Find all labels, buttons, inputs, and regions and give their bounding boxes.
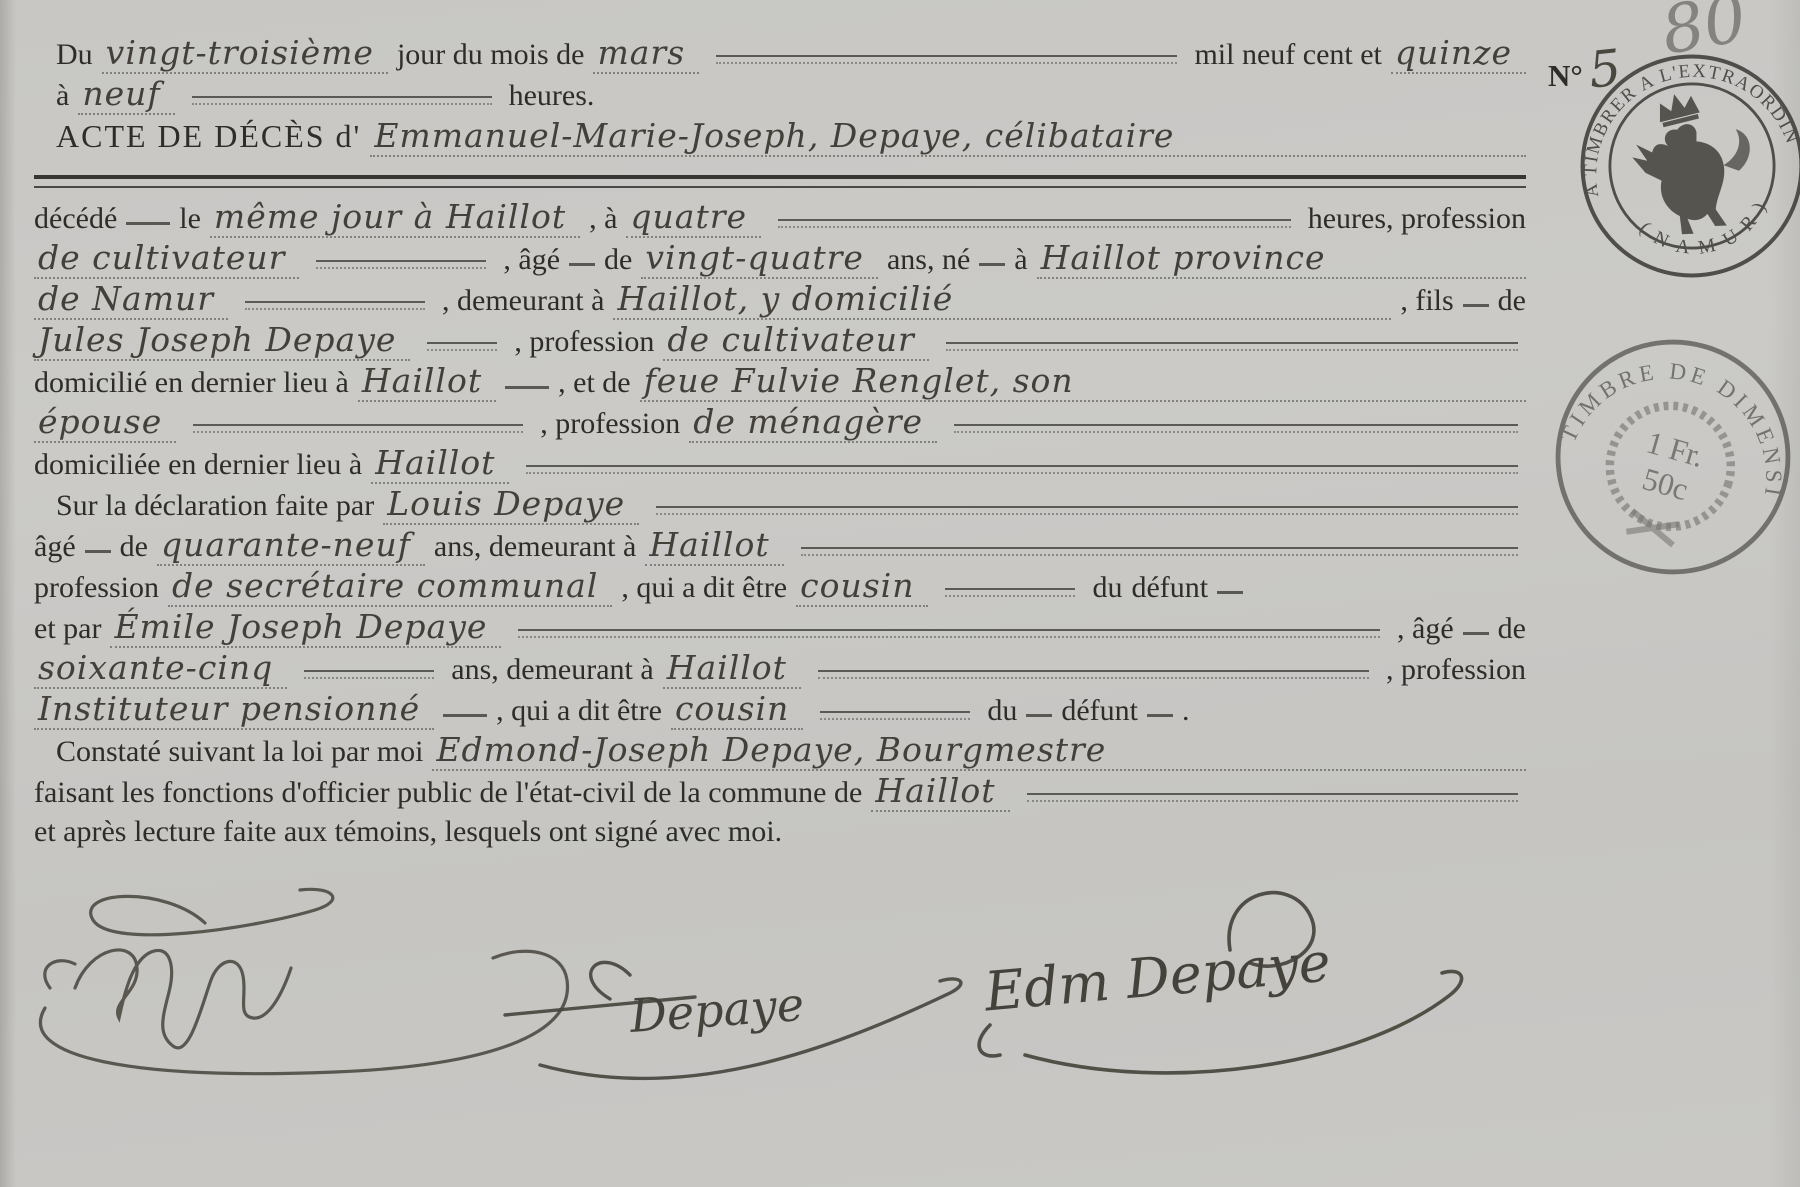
printed-text: à [1014, 243, 1027, 277]
form-line-declarant2: et par Émile Joseph Depaye , âgé de [34, 610, 1526, 651]
printed-text: , fils [1400, 284, 1453, 318]
handwritten-age: vingt-quatre [641, 241, 878, 279]
stamp-dimension-svg: TIMBRE DE DIMENSION 1 Fr. 50c [1523, 307, 1800, 606]
blank-rule [954, 424, 1518, 433]
form-line-mother-residence: domiciliée en dernier lieu à Haillot [34, 446, 1526, 487]
blank-rule [304, 670, 434, 679]
blank-rule [801, 547, 1518, 556]
form-line-profession-age: de cultivateur , âgé de vingt-quatre ans… [34, 241, 1526, 282]
printed-text: décédé [34, 202, 117, 236]
blank-rule [820, 711, 970, 720]
signature-officer: Edm Depaye [930, 855, 1510, 1095]
printed-text: défunt [1131, 571, 1208, 605]
form-line-date: Du vingt-troisième jour du mois de mars … [34, 36, 1526, 77]
handwritten-mother-name: feue Fulvie Renglet, son [640, 364, 1526, 402]
crown-icon [1654, 89, 1701, 128]
printed-text: , âgé [1397, 612, 1454, 646]
printed-text: heures, profession [1308, 202, 1526, 236]
form-body: Du vingt-troisième jour du mois de mars … [34, 36, 1526, 856]
printed-text: , demeurant à [442, 284, 604, 318]
form-line-act-title: ACTE DE DÉCÈS d' Emmanuel-Marie-Joseph, … [34, 118, 1526, 159]
form-line-declarant1: Sur la déclaration faite par Louis Depay… [34, 487, 1526, 528]
printed-text: du [987, 694, 1017, 728]
printed-text: Constaté suivant la loi par moi [56, 735, 423, 769]
printed-text: de [1498, 284, 1526, 318]
printed-text: le [179, 202, 201, 236]
blank-rule [518, 629, 1380, 638]
blank-dash [1026, 714, 1052, 717]
handwritten-mother-profession: de ménagère [689, 405, 937, 443]
form-line-residence: de Namur , demeurant à Haillot, y domici… [34, 282, 1526, 323]
printed-text: domiciliée en dernier lieu à [34, 448, 362, 482]
printed-text: , à [589, 202, 617, 236]
blank-dash [979, 263, 1005, 266]
form-line-death-place: décédé le même jour à Haillot , à quatre… [34, 200, 1526, 241]
printed-text: , profession [540, 407, 680, 441]
printed-text: Sur la déclaration faite par [56, 489, 374, 523]
handwritten-father-profession: de cultivateur [663, 323, 928, 361]
handwritten-father-name: Jules Joseph Depaye [34, 323, 410, 361]
printed-text: Du [56, 38, 93, 72]
printed-text: , qui a dit être [621, 571, 787, 605]
printed-text: mil neuf cent et [1194, 38, 1381, 72]
printed-text: et par [34, 612, 101, 646]
printed-text: et après lecture faite aux témoins, lesq… [34, 815, 782, 849]
blank-rule [945, 588, 1075, 597]
blank-rule [316, 260, 486, 269]
printed-text: de [1498, 612, 1526, 646]
printed-text: , profession [1386, 653, 1526, 687]
blank-rule [245, 301, 425, 310]
handwritten-profession: de cultivateur [34, 241, 299, 279]
form-line-declarant2-relation: Instituteur pensionné , qui a dit être c… [34, 692, 1526, 733]
printed-text: âgé [34, 530, 76, 564]
printed-text: heures. [509, 79, 595, 113]
handwritten-declarant1-profession: de secrétaire communal [168, 569, 612, 607]
blank-rule [1027, 793, 1518, 802]
handwritten-death-hour: quatre [626, 200, 761, 238]
form-line-officer: Constaté suivant la loi par moi Edmond-J… [34, 733, 1526, 774]
blank-dash [85, 550, 111, 553]
handwritten-province: de Namur [34, 282, 228, 320]
printed-text: domicilié en dernier lieu à [34, 366, 349, 400]
handwritten-death-place: même jour à Haillot [210, 200, 580, 238]
handwritten-deceased-name: Emmanuel-Marie-Joseph, Depaye, célibatai… [370, 119, 1526, 157]
blank-dash [443, 714, 487, 717]
handwritten-month: mars [593, 36, 699, 74]
handwritten-commune: Haillot [871, 774, 1009, 812]
printed-text: , âgé [503, 243, 560, 277]
handwritten-year: quinze [1391, 36, 1526, 74]
printed-text: faisant les fonctions d'officier public … [34, 776, 862, 810]
printed-text: ans, né [887, 243, 970, 277]
handwritten-declarant1-relation: cousin [796, 569, 928, 607]
printed-text: à [56, 79, 69, 113]
blank-rule [818, 670, 1369, 679]
handwritten-declarant2-age: soixante-cinq [34, 651, 287, 689]
blank-dash [505, 386, 549, 389]
printed-text: jour du mois de [397, 38, 585, 72]
signature-name-text: Edm Depaye [981, 930, 1333, 1023]
handwritten-declarant2-profession: Instituteur pensionné [34, 692, 434, 730]
blank-rule [716, 55, 1177, 64]
form-line-father: Jules Joseph Depaye , profession de cult… [34, 323, 1526, 364]
act-title-label: ACTE DE DÉCÈS d' [56, 118, 361, 155]
blank-rule [946, 342, 1518, 351]
form-line-hour: à neuf heures. [34, 77, 1526, 118]
printed-text: profession [34, 571, 159, 605]
handwritten-declarant1-residence: Haillot [645, 528, 783, 566]
printed-text: de [604, 243, 632, 277]
blank-rule [526, 465, 1518, 474]
blank-rule [778, 219, 1291, 228]
form-line-declarant1-relation: profession de secrétaire communal , qui … [34, 569, 1526, 610]
blank-dash [1463, 304, 1489, 307]
form-line-declarant2-age: soixante-cinq ans, demeurant à Haillot ,… [34, 651, 1526, 692]
signature-leadin [979, 1025, 1000, 1056]
handwritten-mother-residence: Haillot [371, 446, 509, 484]
form-line-closing: et après lecture faite aux témoins, lesq… [34, 815, 1526, 856]
handwritten-residence: Haillot, y domicilié [613, 282, 1391, 320]
handwritten-declarant2-name: Émile Joseph Depaye [110, 610, 501, 648]
blank-rule [656, 506, 1518, 515]
handwritten-father-residence: Haillot [358, 364, 496, 402]
printed-text: . [1182, 694, 1190, 728]
signature-loop [591, 962, 630, 999]
signature3-svg: Edm Depaye [930, 855, 1510, 1090]
form-line-mother-profession: épouse , profession de ménagère [34, 405, 1526, 446]
blank-dash [1463, 632, 1489, 635]
handwritten-spouse-word: épouse [34, 405, 176, 443]
printed-text: , et de [558, 366, 630, 400]
handwritten-declarant1-name: Louis Depaye [383, 487, 639, 525]
signature-name-text: Depaye [627, 977, 806, 1043]
blank-dash [1217, 591, 1243, 594]
printed-text: , profession [514, 325, 654, 359]
crossed-branches-icon [1626, 511, 1679, 545]
section-divider [34, 175, 1526, 188]
blank-rule [192, 96, 492, 105]
signature-flourish [91, 889, 333, 934]
blank-dash [569, 263, 595, 266]
death-certificate-document: 80 N° 5 Du vingt-troisième jour du mois … [0, 0, 1800, 1187]
blank-rule [193, 424, 523, 433]
handwritten-declarant2-relation: cousin [671, 692, 803, 730]
printed-text: du [1092, 571, 1122, 605]
handwritten-birth-place: Haillot province [1037, 241, 1526, 279]
stamp-timbre-dimension: TIMBRE DE DIMENSION 1 Fr. 50c [1523, 307, 1800, 606]
form-line-declarant1-age: âgé de quarante-neuf ans, demeurant à Ha… [34, 528, 1526, 569]
blank-dash [126, 222, 170, 225]
handwritten-hour: neuf [78, 77, 174, 115]
printed-text: ans, demeurant à [434, 530, 636, 564]
blank-rule [427, 342, 497, 351]
printed-text: de [120, 530, 148, 564]
printed-text: , qui a dit être [496, 694, 662, 728]
handwritten-day: vingt-troisième [102, 36, 388, 74]
handwritten-declarant2-residence: Haillot [663, 651, 801, 689]
handwritten-declarant1-age: quarante-neuf [157, 528, 425, 566]
signature-leadin [45, 961, 75, 988]
form-line-commune: faisant les fonctions d'officier public … [34, 774, 1526, 815]
blank-dash [1147, 714, 1173, 717]
form-line-father-residence: domicilié en dernier lieu à Haillot , et… [34, 364, 1526, 405]
handwritten-officer-name: Edmond-Joseph Depaye, Bourgmestre [432, 733, 1526, 771]
signature-scrawl [75, 950, 291, 1048]
printed-text: ans, demeurant à [451, 653, 653, 687]
printed-text: défunt [1061, 694, 1138, 728]
